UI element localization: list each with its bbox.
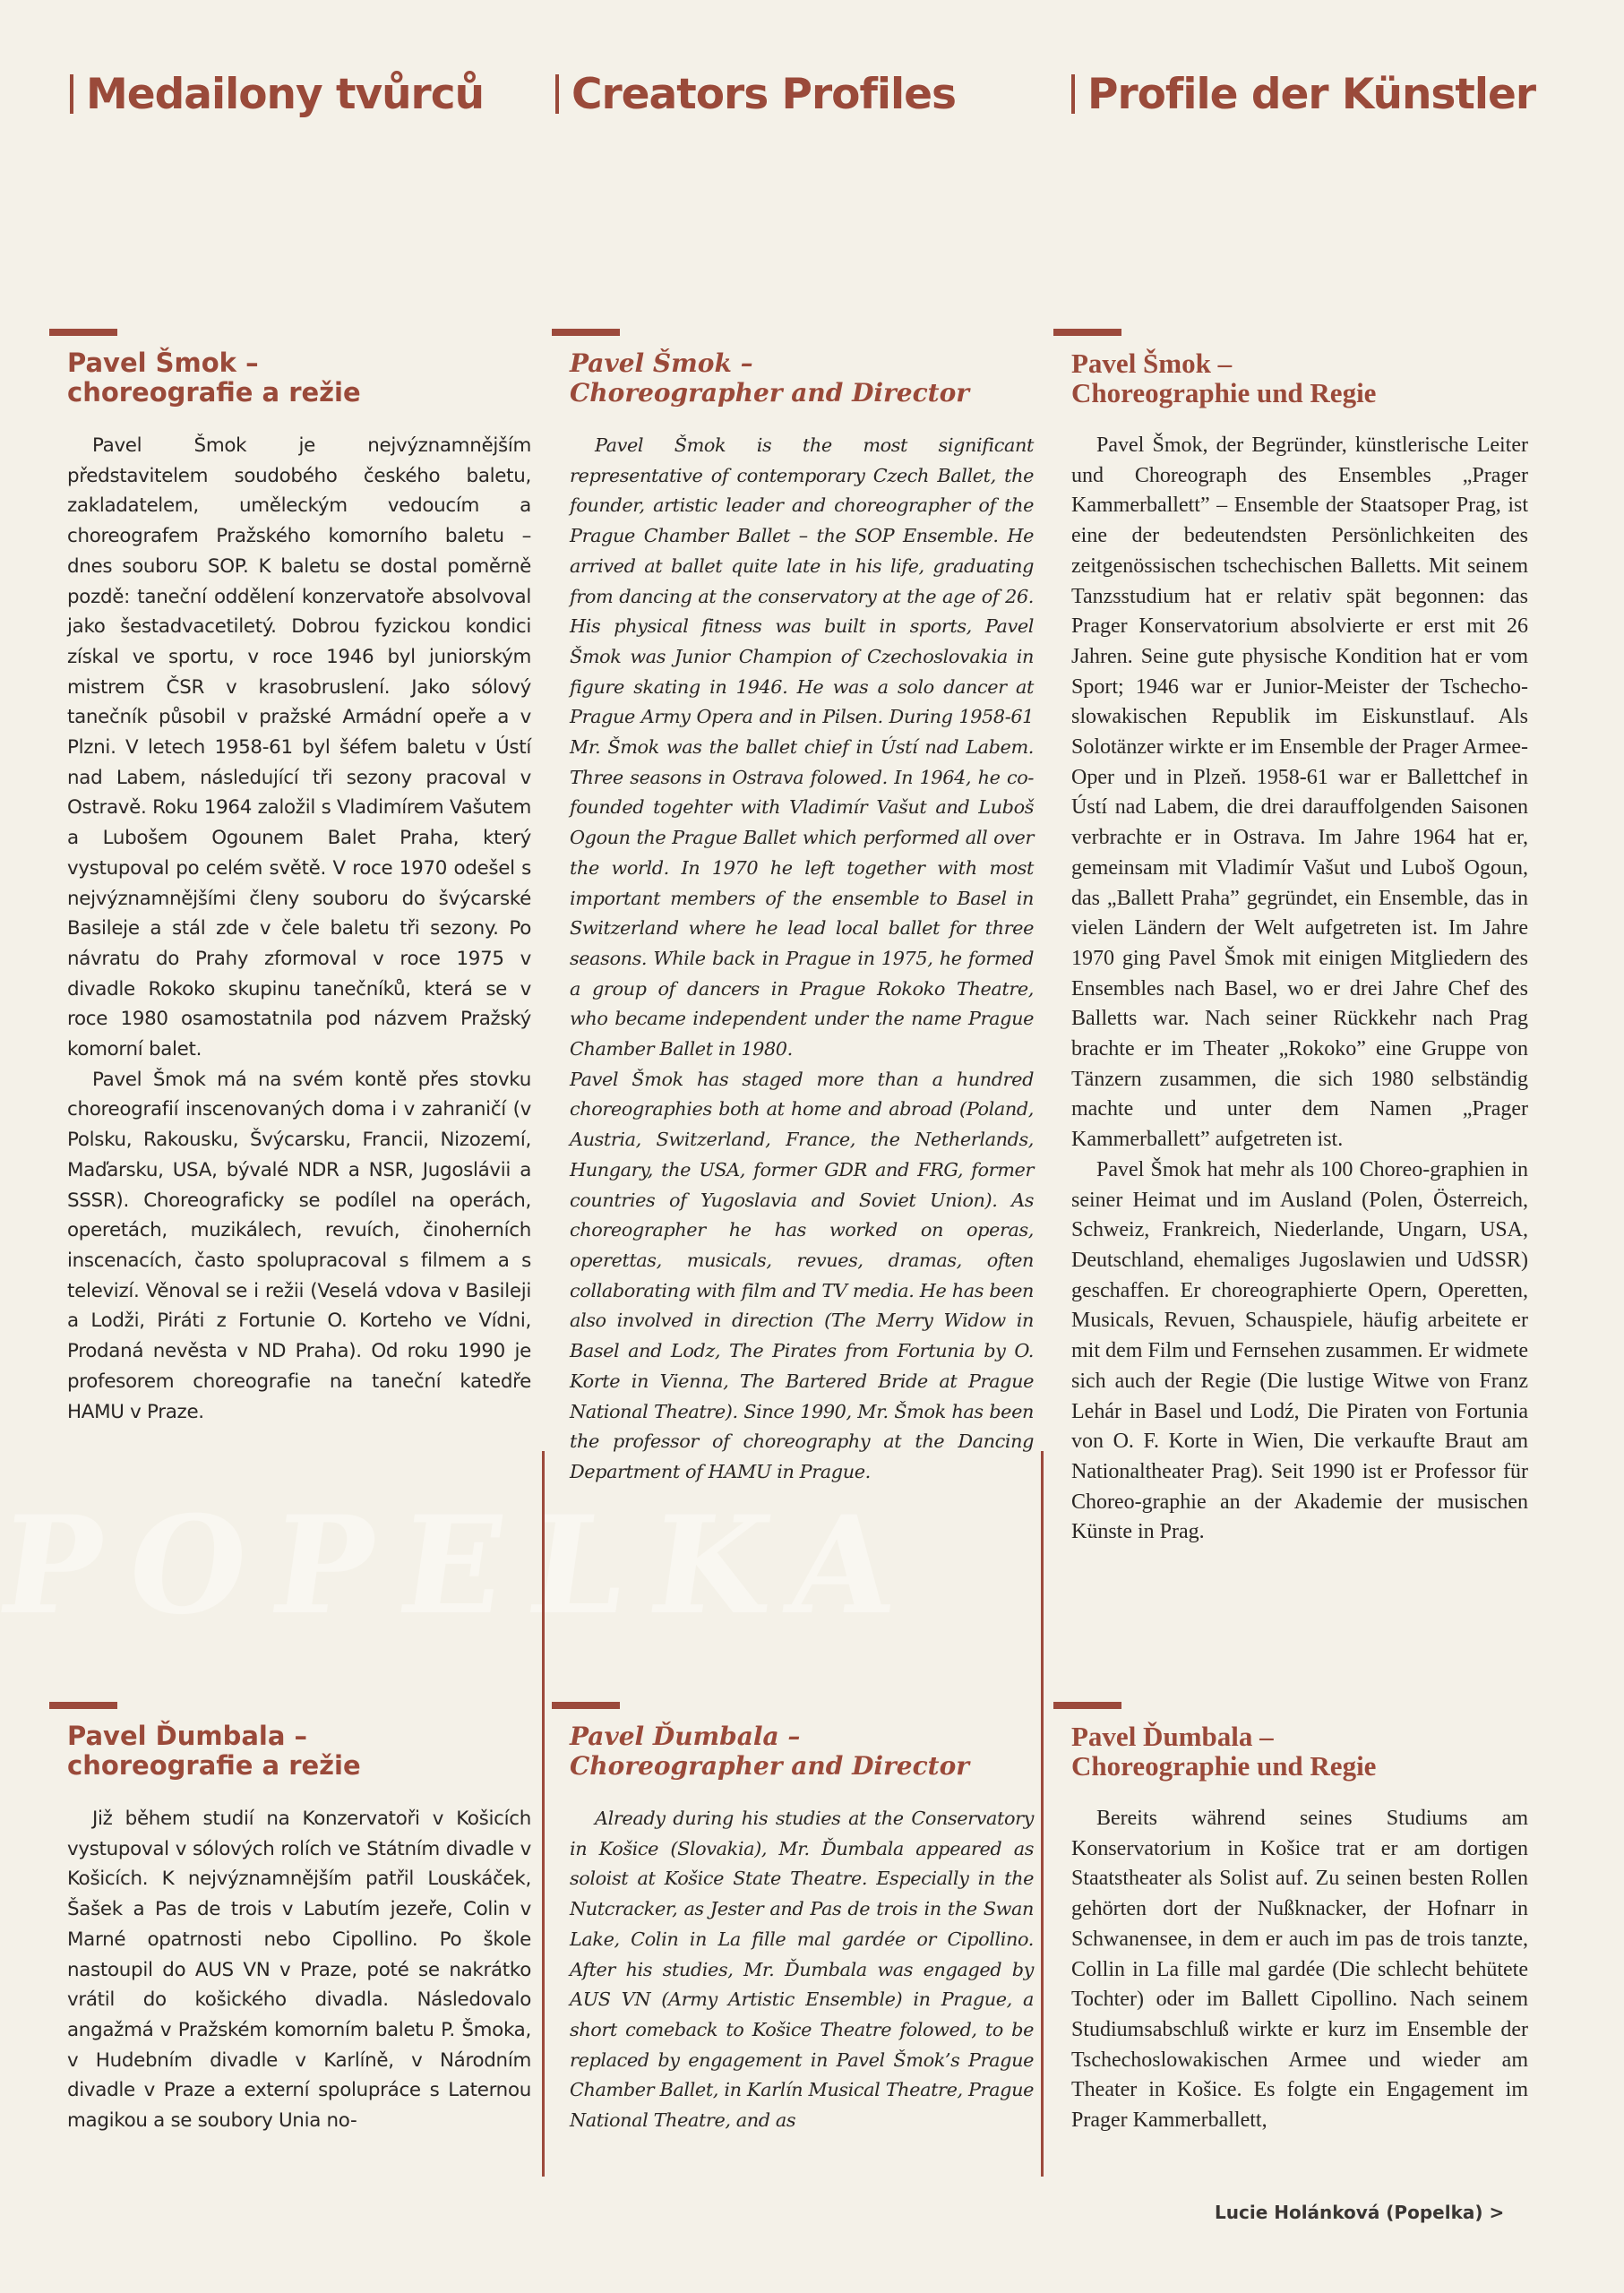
- page-title-german: Profile der Künstler: [1071, 70, 1535, 119]
- accent-bar: [49, 329, 117, 336]
- heading-name: Pavel Šmok –: [570, 348, 1034, 378]
- heading-name: Pavel Ďumbala –: [570, 1722, 1034, 1751]
- page-title-czech: Medailony tvůrců: [70, 70, 484, 119]
- accent-bar: [552, 1702, 620, 1709]
- profile-heading: Pavel Ďumbala – Choreographie und Regie: [1071, 1722, 1528, 1781]
- column-divider-right: [1041, 1451, 1044, 2177]
- column-divider-left: [542, 1451, 545, 2177]
- profile-smok-german: Pavel Šmok – Choreographie und Regie Pav…: [1071, 329, 1528, 1548]
- title-bar: [1071, 74, 1075, 114]
- heading-name: Pavel Ďumbala –: [1071, 1722, 1528, 1751]
- paragraph: Pavel Šmok hat mehr als 100 Choreo-graph…: [1071, 1155, 1528, 1548]
- heading-role: Choreographie und Regie: [1071, 1751, 1528, 1781]
- heading-role: choreografie a režie: [67, 378, 531, 408]
- profile-body: Pavel Šmok is the most significant repre…: [570, 431, 1034, 1488]
- accent-bar: [1053, 329, 1121, 336]
- next-profile-link[interactable]: Lucie Holánková (Popelka) >: [1215, 2202, 1504, 2223]
- paragraph: Pavel Šmok has staged more than a hundre…: [570, 1065, 1034, 1488]
- profile-body: Již během studií na Konzervatoři v Košic…: [67, 1804, 531, 2136]
- profile-dumbala-czech: Pavel Ďumbala – choreografie a režie Již…: [67, 1702, 531, 2136]
- paragraph: Pavel Šmok má na svém kontě přes stovku …: [67, 1065, 531, 1427]
- heading-role: Choreographer and Director: [570, 1751, 1034, 1781]
- title-bar: [70, 74, 73, 114]
- paragraph: Pavel Šmok, der Begründer, künstlerische…: [1071, 431, 1528, 1155]
- paragraph: Již během studií na Konzervatoři v Košic…: [67, 1804, 531, 2136]
- profile-heading: Pavel Šmok – choreografie a režie: [67, 348, 531, 408]
- paragraph: Bereits während seines Studiums am Konse…: [1071, 1804, 1528, 2136]
- accent-bar: [49, 1702, 117, 1709]
- accent-bar: [1053, 1702, 1121, 1709]
- heading-role: Choreographie und Regie: [1071, 378, 1528, 408]
- title-text: Profile der Künstler: [1087, 70, 1535, 119]
- profile-smok-english: Pavel Šmok – Choreographer and Director …: [570, 329, 1034, 1488]
- profile-body: Pavel Šmok, der Begründer, künstlerische…: [1071, 431, 1528, 1548]
- profile-body: Pavel Šmok je nejvýznamnějším představit…: [67, 431, 531, 1427]
- profile-dumbala-german: Pavel Ďumbala – Choreographie und Regie …: [1071, 1702, 1528, 2136]
- accent-bar: [552, 329, 620, 336]
- title-text: Creators Profiles: [571, 70, 956, 119]
- title-bar: [555, 74, 559, 114]
- profile-dumbala-english: Pavel Ďumbala – Choreographer and Direct…: [570, 1702, 1034, 2136]
- heading-role: choreografie a režie: [67, 1751, 531, 1781]
- heading-name: Pavel Šmok –: [67, 348, 531, 378]
- profile-body: Already during his studies at the Conser…: [570, 1804, 1034, 2136]
- profile-heading: Pavel Ďumbala – choreografie a režie: [67, 1722, 531, 1781]
- page-title-english: Creators Profiles: [555, 70, 956, 119]
- paragraph: Already during his studies at the Conser…: [570, 1804, 1034, 2136]
- profile-heading: Pavel Šmok – Choreographie und Regie: [1071, 348, 1528, 408]
- paragraph: Pavel Šmok is the most significant repre…: [570, 431, 1034, 1065]
- profile-smok-czech: Pavel Šmok – choreografie a režie Pavel …: [67, 329, 531, 1427]
- profile-body: Bereits während seines Studiums am Konse…: [1071, 1804, 1528, 2136]
- heading-role: Choreographer and Director: [570, 378, 1034, 408]
- heading-name: Pavel Ďumbala –: [67, 1722, 531, 1751]
- popelka-watermark: POPELKA: [0, 1487, 550, 1666]
- heading-name: Pavel Šmok –: [1071, 348, 1528, 378]
- profile-heading: Pavel Šmok – Choreographer and Director: [570, 348, 1034, 408]
- title-text: Medailony tvůrců: [86, 70, 484, 119]
- profile-heading: Pavel Ďumbala – Choreographer and Direct…: [570, 1722, 1034, 1781]
- paragraph: Pavel Šmok je nejvýznamnějším představit…: [67, 431, 531, 1065]
